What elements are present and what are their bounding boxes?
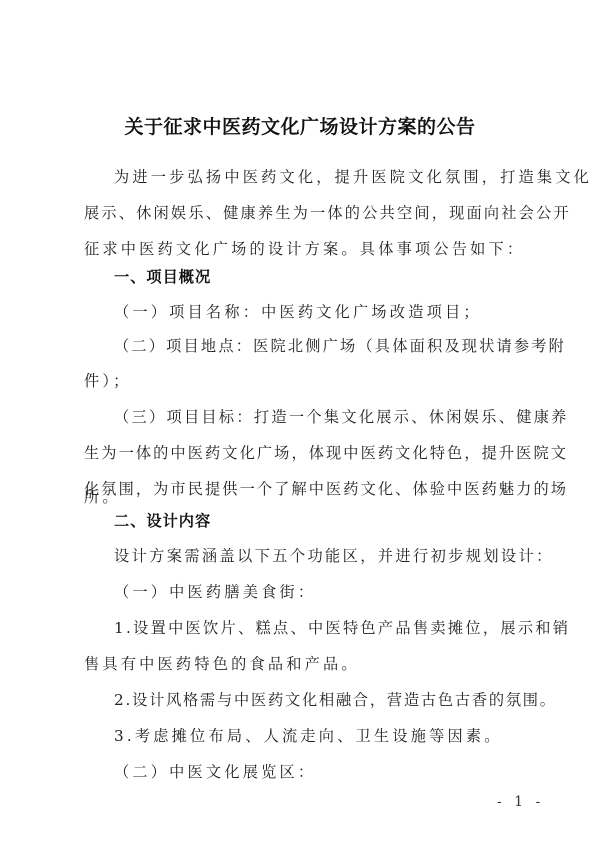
- intro-line-1: 为进一步弘扬中医药文化，提升医院文化氛围，打造集文化: [114, 166, 592, 187]
- section-heading-2: 二、设计内容: [114, 510, 211, 531]
- project-location-line-1: （二）项目地点：医院北侧广场（具体面积及现状请参考附: [114, 335, 566, 356]
- project-goal-line-2: 生为一体的中医药文化广场，体现中医药文化特色，提升医院文: [84, 442, 568, 463]
- page-number: - 1 -: [497, 794, 544, 810]
- project-name-line: （一）项目名称：中医药文化广场改造项目；: [114, 301, 482, 322]
- zone-2-heading: （二）中医文化展览区：: [114, 761, 316, 782]
- project-location-line-2: 件）；: [84, 370, 132, 391]
- project-goal-line-4-visible: 所。: [84, 486, 121, 507]
- zone-1-item-2: 2.设计风格需与中医药文化相融合，营造古色古香的氛围。: [114, 689, 557, 710]
- zone-1-item-1-line-2: 售具有中医药特色的食品和产品。: [84, 653, 360, 674]
- zone-1-item-3: 3.考虑摊位布局、人流走向、卫生设施等因素。: [114, 725, 503, 746]
- document-title: 关于征求中医药文化广场设计方案的公告: [0, 112, 600, 139]
- intro-line-2: 展示、休闲娱乐、健康养生为一体的公共空间，现面向社会公开: [84, 202, 571, 223]
- zone-1-item-1-line-1: 1.设置中医饮片、糕点、中医特色产品售卖摊位，展示和销: [114, 617, 570, 638]
- section-heading-1: 一、项目概况: [114, 266, 211, 287]
- document-page: 关于征求中医药文化广场设计方案的公告 为进一步弘扬中医药文化，提升医院文化氛围，…: [0, 0, 600, 849]
- zone-1-heading: （一）中医药膳美食街：: [114, 581, 316, 602]
- project-goal-line-1: （三）项目目标：打造一个集文化展示、休闲娱乐、健康养: [114, 406, 569, 427]
- project-goal-line-3: 化氛围，为市民提供一个了解中医药文化、体验中医药魅力的场: [84, 478, 568, 499]
- design-intro-line: 设计方案需涵盖以下五个功能区，并进行初步规划设计：: [114, 545, 554, 566]
- intro-line-3: 征求中医药文化广场的设计方案。具体事项公告如下：: [84, 238, 525, 259]
